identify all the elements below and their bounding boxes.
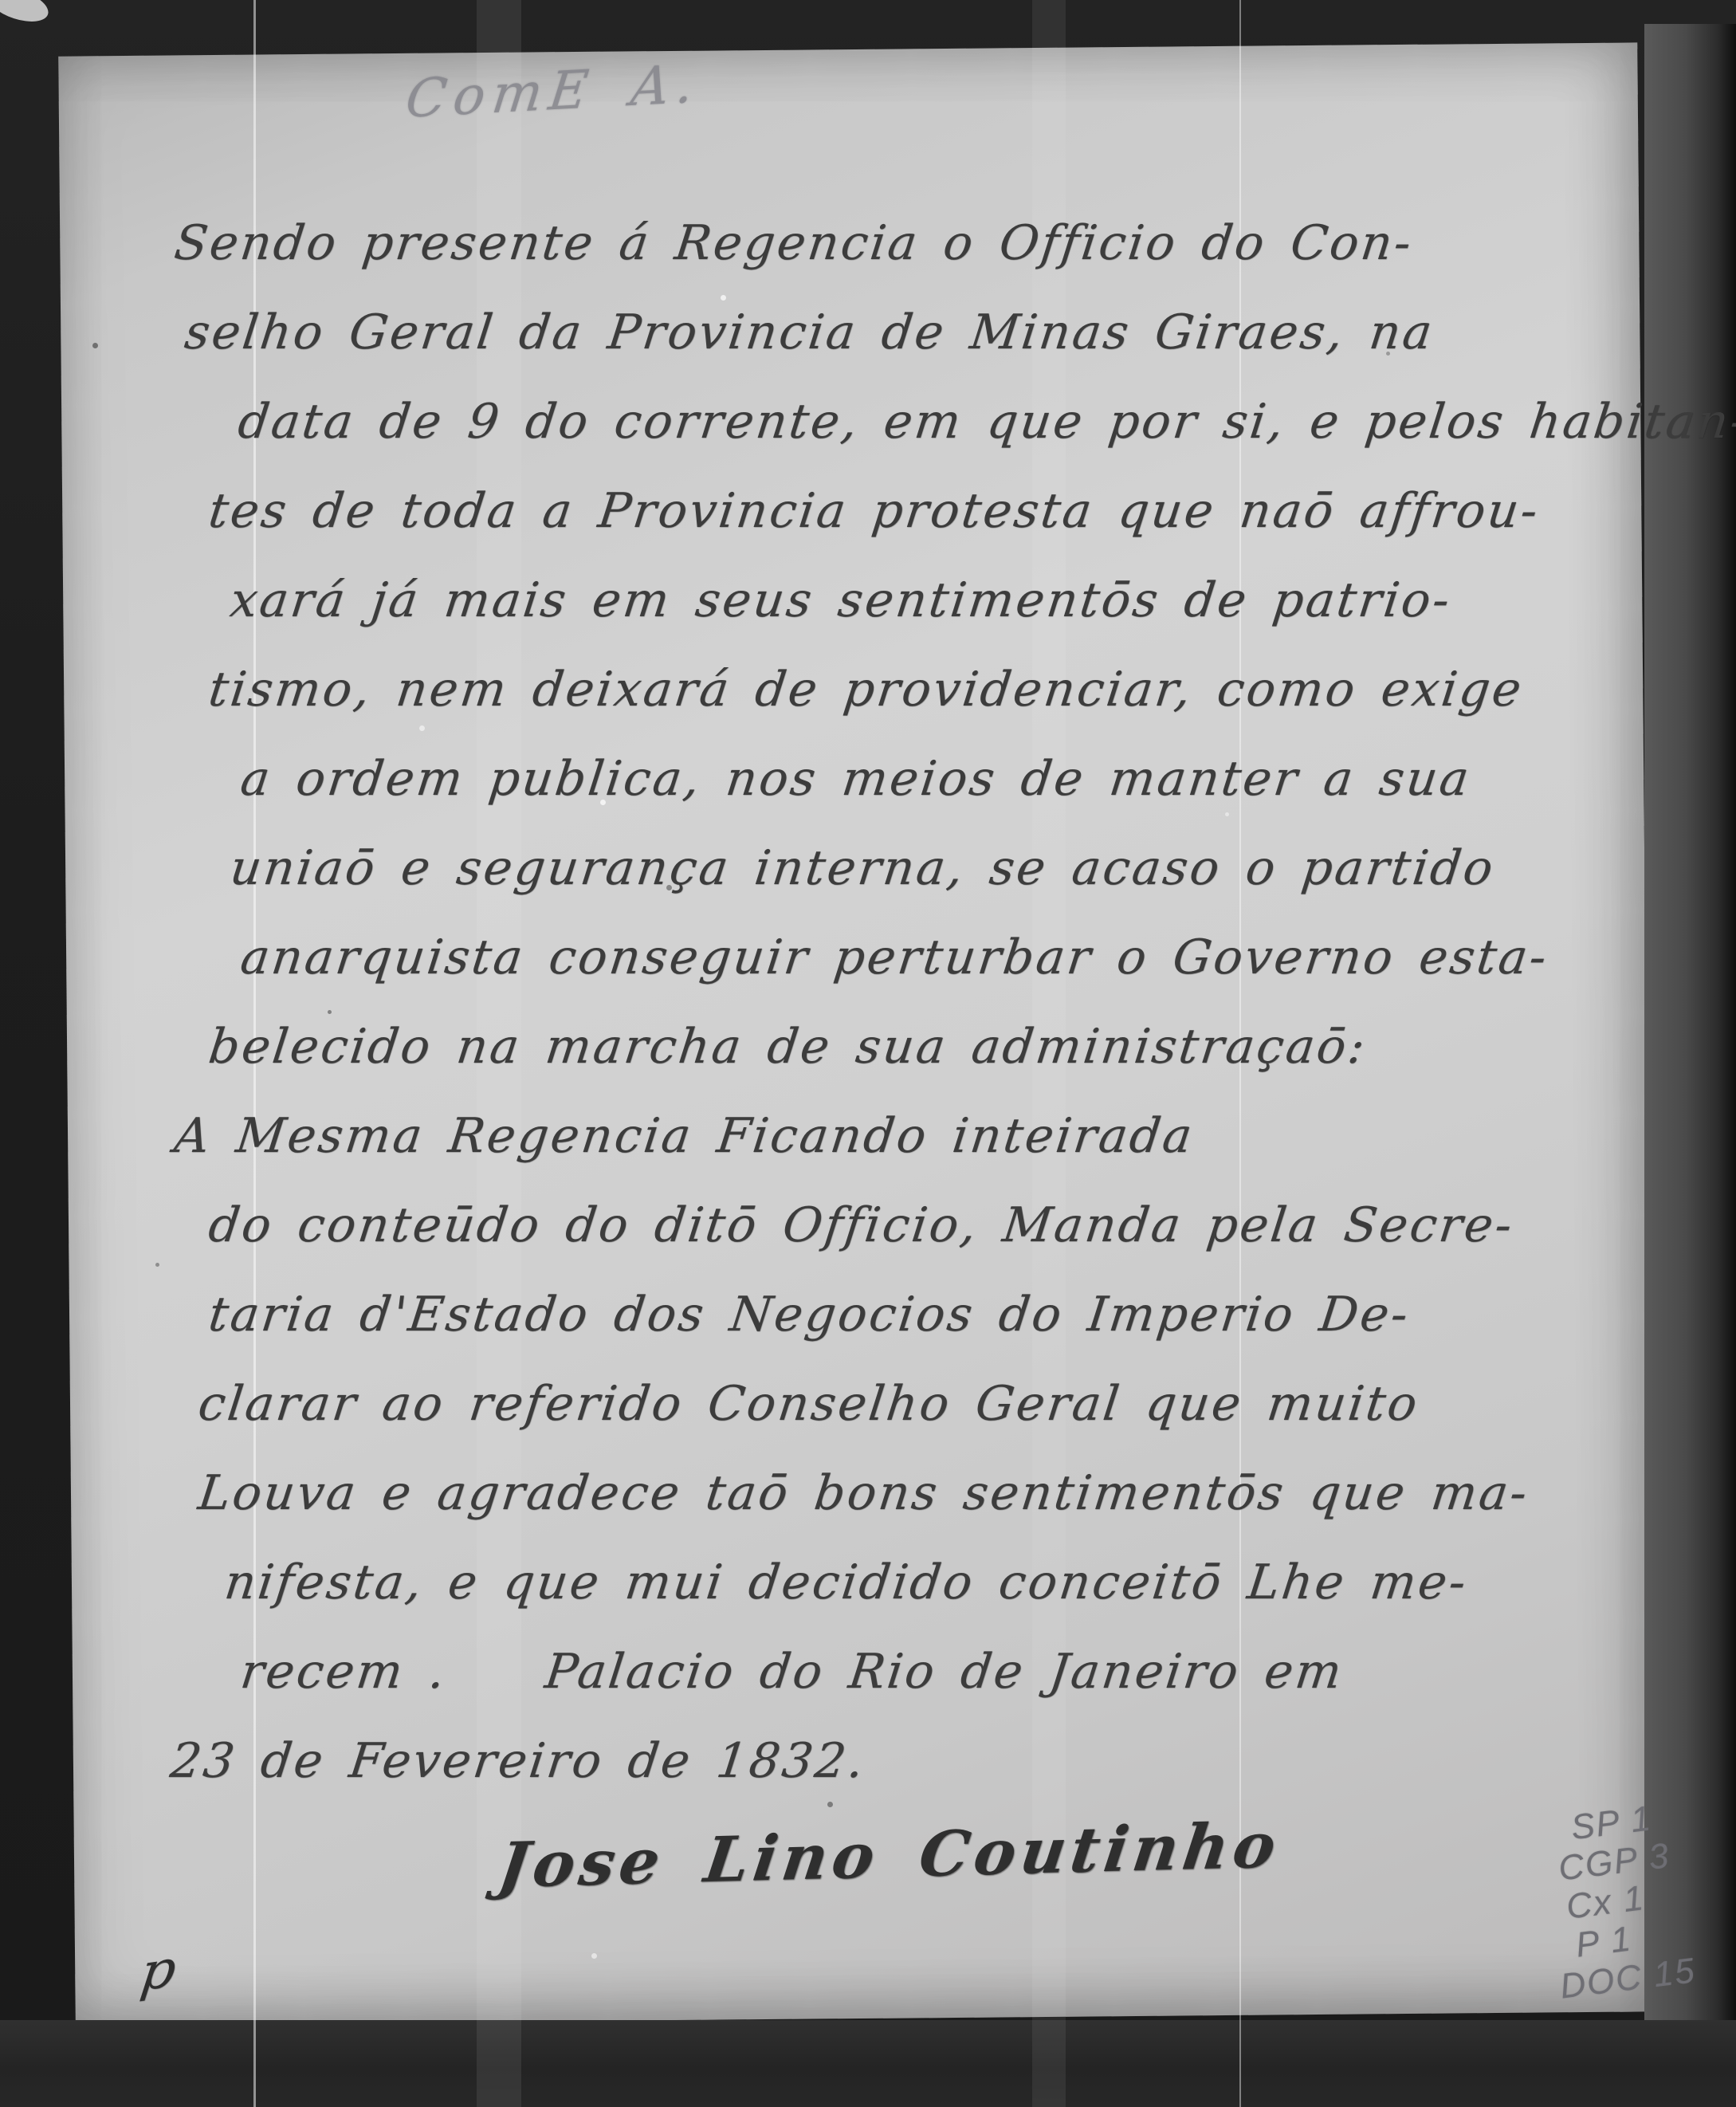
manuscript-line-word-end: recem . <box>238 1644 450 1700</box>
manuscript-line: a ordem publica, nos meios de manter a s… <box>238 751 1474 807</box>
scan-right-shadow-band <box>1644 24 1736 2107</box>
manuscript-date-line: 23 de Fevereiro de 1832. <box>167 1733 869 1789</box>
manuscript-line: belecido na marcha de sua administraçaō: <box>206 1019 1370 1075</box>
manuscript-line: uniaō e segurança interna, se acaso o pa… <box>227 840 1498 896</box>
scan-corner-artifact <box>0 0 53 28</box>
manuscript-line: tes de toda a Provincia protesta que naō… <box>206 483 1543 539</box>
manuscript-scan: ComE A. Sendo presente á Regencia o Offi… <box>0 0 1736 2107</box>
manuscript-line: Sendo presente á Regencia o Officio do C… <box>171 215 1416 271</box>
manuscript-line: A Mesma Regencia Ficando inteirada <box>171 1108 1197 1164</box>
manuscript-line: xará já mais em seus sentimentōs de patr… <box>227 572 1455 628</box>
manuscript-line: selho Geral da Provincia de Minas Giraes… <box>182 305 1437 360</box>
manuscript-line: nifesta, e que mui decidido conceitō Lhe… <box>222 1555 1471 1610</box>
manuscript-place-line: Palacio do Rio de Janeiro em <box>542 1644 1347 1700</box>
manuscript-line: do conteūdo do ditō Officio, Manda pela … <box>206 1197 1518 1253</box>
manuscript-line: Louva e agradece taō bons sentimentōs qu… <box>195 1465 1532 1521</box>
archival-reference-stack: SP 1 CGP 3 Cx 1 P 1 DOC 15 <box>1539 1795 1699 2006</box>
dust-specks <box>0 0 2 2</box>
manuscript-line: tismo, nem deixará de providenciar, como… <box>206 662 1526 717</box>
manuscript-line: data de 9 do corrente, em que por si, e … <box>235 394 1736 450</box>
manuscript-line: taria d'Estado dos Negocios do Imperio D… <box>206 1287 1413 1342</box>
manuscript-line: anarquista conseguir perturbar o Governo… <box>238 930 1552 985</box>
scan-bottom-shadow-band <box>0 2020 1736 2107</box>
manuscript-line: clarar ao referido Conselho Geral que mu… <box>195 1376 1422 1432</box>
